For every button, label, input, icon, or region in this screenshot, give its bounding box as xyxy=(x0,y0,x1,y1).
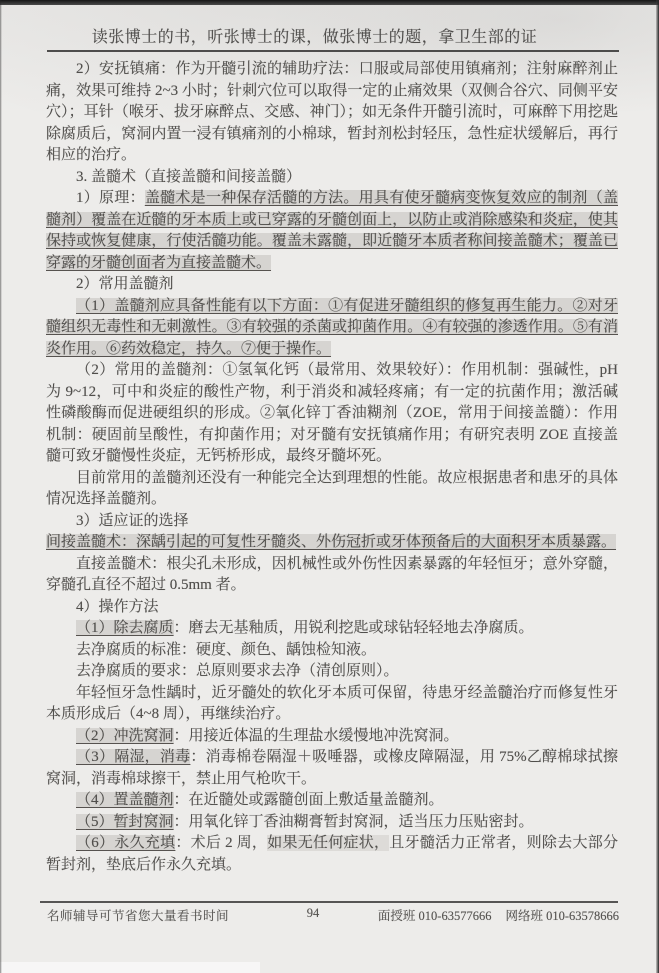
scanned-page: 读张博士的书，听张博士的课，做张博士的题，拿卫生部的证 2）安抚镇痛：作为开髓引… xyxy=(0,0,659,973)
paragraph: 4）操作方法 xyxy=(46,597,618,619)
paragraph: 间接盖髓术：深龋引起的可复性牙髓炎、外伤冠折或牙体预备后的大面积牙本质暴露。 xyxy=(46,532,618,554)
highlighted-text-run: 如果无任何症状， xyxy=(267,835,389,851)
paragraph: （5）暂封窝洞：用氧化锌丁香油糊膏暂封窝洞，适当压力压贴密封。 xyxy=(46,812,618,834)
text-run: 3）适应证的选择 xyxy=(76,513,189,529)
paragraph: 去净腐质的标准：硬度、颜色、龋蚀检知液。 xyxy=(46,640,618,662)
header-slogan: 读张博士的书，听张博士的课，做张博士的题，拿卫生部的证 xyxy=(0,24,629,47)
paragraph: （6）永久充填：术后 2 周，如果无任何症状，且牙髓活力正常者，则除去大部分暂封… xyxy=(46,833,618,876)
text-run: 1）原理： xyxy=(76,190,145,206)
footer-contacts: 面授班 010-63577666网络班 010-63578666 xyxy=(364,906,619,924)
highlighted-text-run: （6）永久充填 xyxy=(76,835,175,851)
page-body: 2）安抚镇痛：作为开髓引流的辅助疗法：口服或局部使用镇痛剂；注射麻醉剂止痛，效果… xyxy=(46,59,618,876)
text-run: 目前常用的盖髓剂还没有一种能完全达到理想的性能。故应根据患者和患牙的具体情况选择… xyxy=(46,470,618,508)
text-run: 直接盖髓术：根尖孔未形成，因机械性或外伤性因素暴露的年轻恒牙；意外穿髓，穿髓孔直… xyxy=(46,556,618,594)
text-run: ：用接近体温的生理盐水缓慢地冲洗窝洞。 xyxy=(174,728,459,744)
highlighted-text-run: （2）冲洗窝洞 xyxy=(76,728,174,744)
paragraph: 目前常用的盖髓剂还没有一种能完全达到理想的性能。故应根据患者和患牙的具体情况选择… xyxy=(46,468,618,511)
text-run: 4）操作方法 xyxy=(76,599,159,615)
highlighted-text-run: （1）除去腐质 xyxy=(76,620,174,636)
paragraph: 2）常用盖髓剂 xyxy=(46,274,618,296)
paragraph: 去净腐质的要求：总原则要求去净（清创原则）。 xyxy=(46,661,618,683)
paragraph: （2）常用的盖髓剂：①氢氧化钙（最常用、效果较好）：作用机制：强碱性，pH 为 … xyxy=(46,360,618,468)
paragraph: 3）适应证的选择 xyxy=(46,511,618,533)
footer-contact-online: 网络班 010-63578666 xyxy=(505,909,619,923)
scan-edge-top xyxy=(0,0,659,5)
text-run: ：在近髓处或露髓创面上敷适量盖髓剂。 xyxy=(174,792,444,808)
text-run: ：磨去无基釉质，用锐利挖匙或球钻轻轻地去净腐质。 xyxy=(174,620,534,636)
paragraph: （1）除去腐质：磨去无基釉质，用锐利挖匙或球钻轻轻地去净腐质。 xyxy=(46,618,618,640)
paragraph: 1）原理：盖髓术是一种保存活髓的方法。用具有使牙髓病变恢复效应的制剂（盖髓剂）覆… xyxy=(46,188,618,274)
paragraph: 3. 盖髓术（直接盖髓和间接盖髓） xyxy=(46,167,618,189)
footer: 名师辅导可节省您大量看书时间 94 面授班 010-63577666网络班 01… xyxy=(47,906,619,924)
text-run: （2）常用的盖髓剂：①氢氧化钙（最常用、效果较好）：作用机制：强碱性，pH 为 … xyxy=(46,362,618,464)
scan-edge-left xyxy=(0,0,2,973)
paragraph: （1）盖髓剂应具备性能有以下方面：①有促进牙髓组织的修复再生能力。②对牙髓组织无… xyxy=(46,296,618,361)
text-run: 2）安抚镇痛：作为开髓引流的辅助疗法：口服或局部使用镇痛剂；注射麻醉剂止痛，效果… xyxy=(46,61,618,163)
highlighted-text-run: （1）盖髓剂应具备性能有以下方面：①有促进牙髓组织的修复再生能力。②对牙髓组织无… xyxy=(46,298,618,357)
paragraph: （2）冲洗窝洞：用接近体温的生理盐水缓慢地冲洗窝洞。 xyxy=(46,726,618,748)
paragraph: 2）安抚镇痛：作为开髓引流的辅助疗法：口服或局部使用镇痛剂；注射麻醉剂止痛，效果… xyxy=(46,59,618,167)
paragraph: （4）置盖髓剂：在近髓处或露髓创面上敷适量盖髓剂。 xyxy=(46,790,618,812)
scan-edge-bottom xyxy=(0,962,260,973)
highlighted-text-run: （5）暂封窝洞 xyxy=(76,814,174,830)
highlighted-text-run: （4）置盖髓剂 xyxy=(76,792,174,808)
paragraph: 直接盖髓术：根尖孔未形成，因机械性或外伤性因素暴露的年轻恒牙；意外穿髓，穿髓孔直… xyxy=(46,554,618,597)
text-run: 去净腐质的标准：硬度、颜色、龋蚀检知液。 xyxy=(76,642,376,658)
text-run: ：用氧化锌丁香油糊膏暂封窝洞，适当压力压贴密封。 xyxy=(174,814,534,830)
text-run: ：术后 2 周， xyxy=(175,835,267,851)
footer-rule xyxy=(40,901,618,903)
paragraph: 年轻恒牙急性龋时，近牙髓处的软化牙本质可保留，待患牙经盖髓治疗而修复性牙本质形成… xyxy=(46,683,618,726)
text-run: 3. 盖髓术（直接盖髓和间接盖髓） xyxy=(76,169,301,185)
text-run: 去净腐质的要求：总原则要求去净（清创原则）。 xyxy=(76,663,399,679)
paragraph: （3）隔湿，消毒：消毒棉卷隔湿＋吸唾器，或橡皮障隔湿，用 75%乙醇棉球拭擦窝洞… xyxy=(46,747,618,790)
text-run: 年轻恒牙急性龋时，近牙髓处的软化牙本质可保留，待患牙经盖髓治疗而修复性牙本质形成… xyxy=(46,685,618,723)
header-rule xyxy=(47,50,619,52)
highlighted-text-run: （3）隔湿，消毒 xyxy=(76,749,190,765)
highlighted-text-run: 间接盖髓术：深龋引起的可复性牙髓炎、外伤冠折或牙体预备后的大面积牙本质暴露。 xyxy=(46,534,616,550)
footer-contact-onsite: 面授班 010-63577666 xyxy=(378,909,492,923)
text-run: 2）常用盖髓剂 xyxy=(76,276,174,292)
